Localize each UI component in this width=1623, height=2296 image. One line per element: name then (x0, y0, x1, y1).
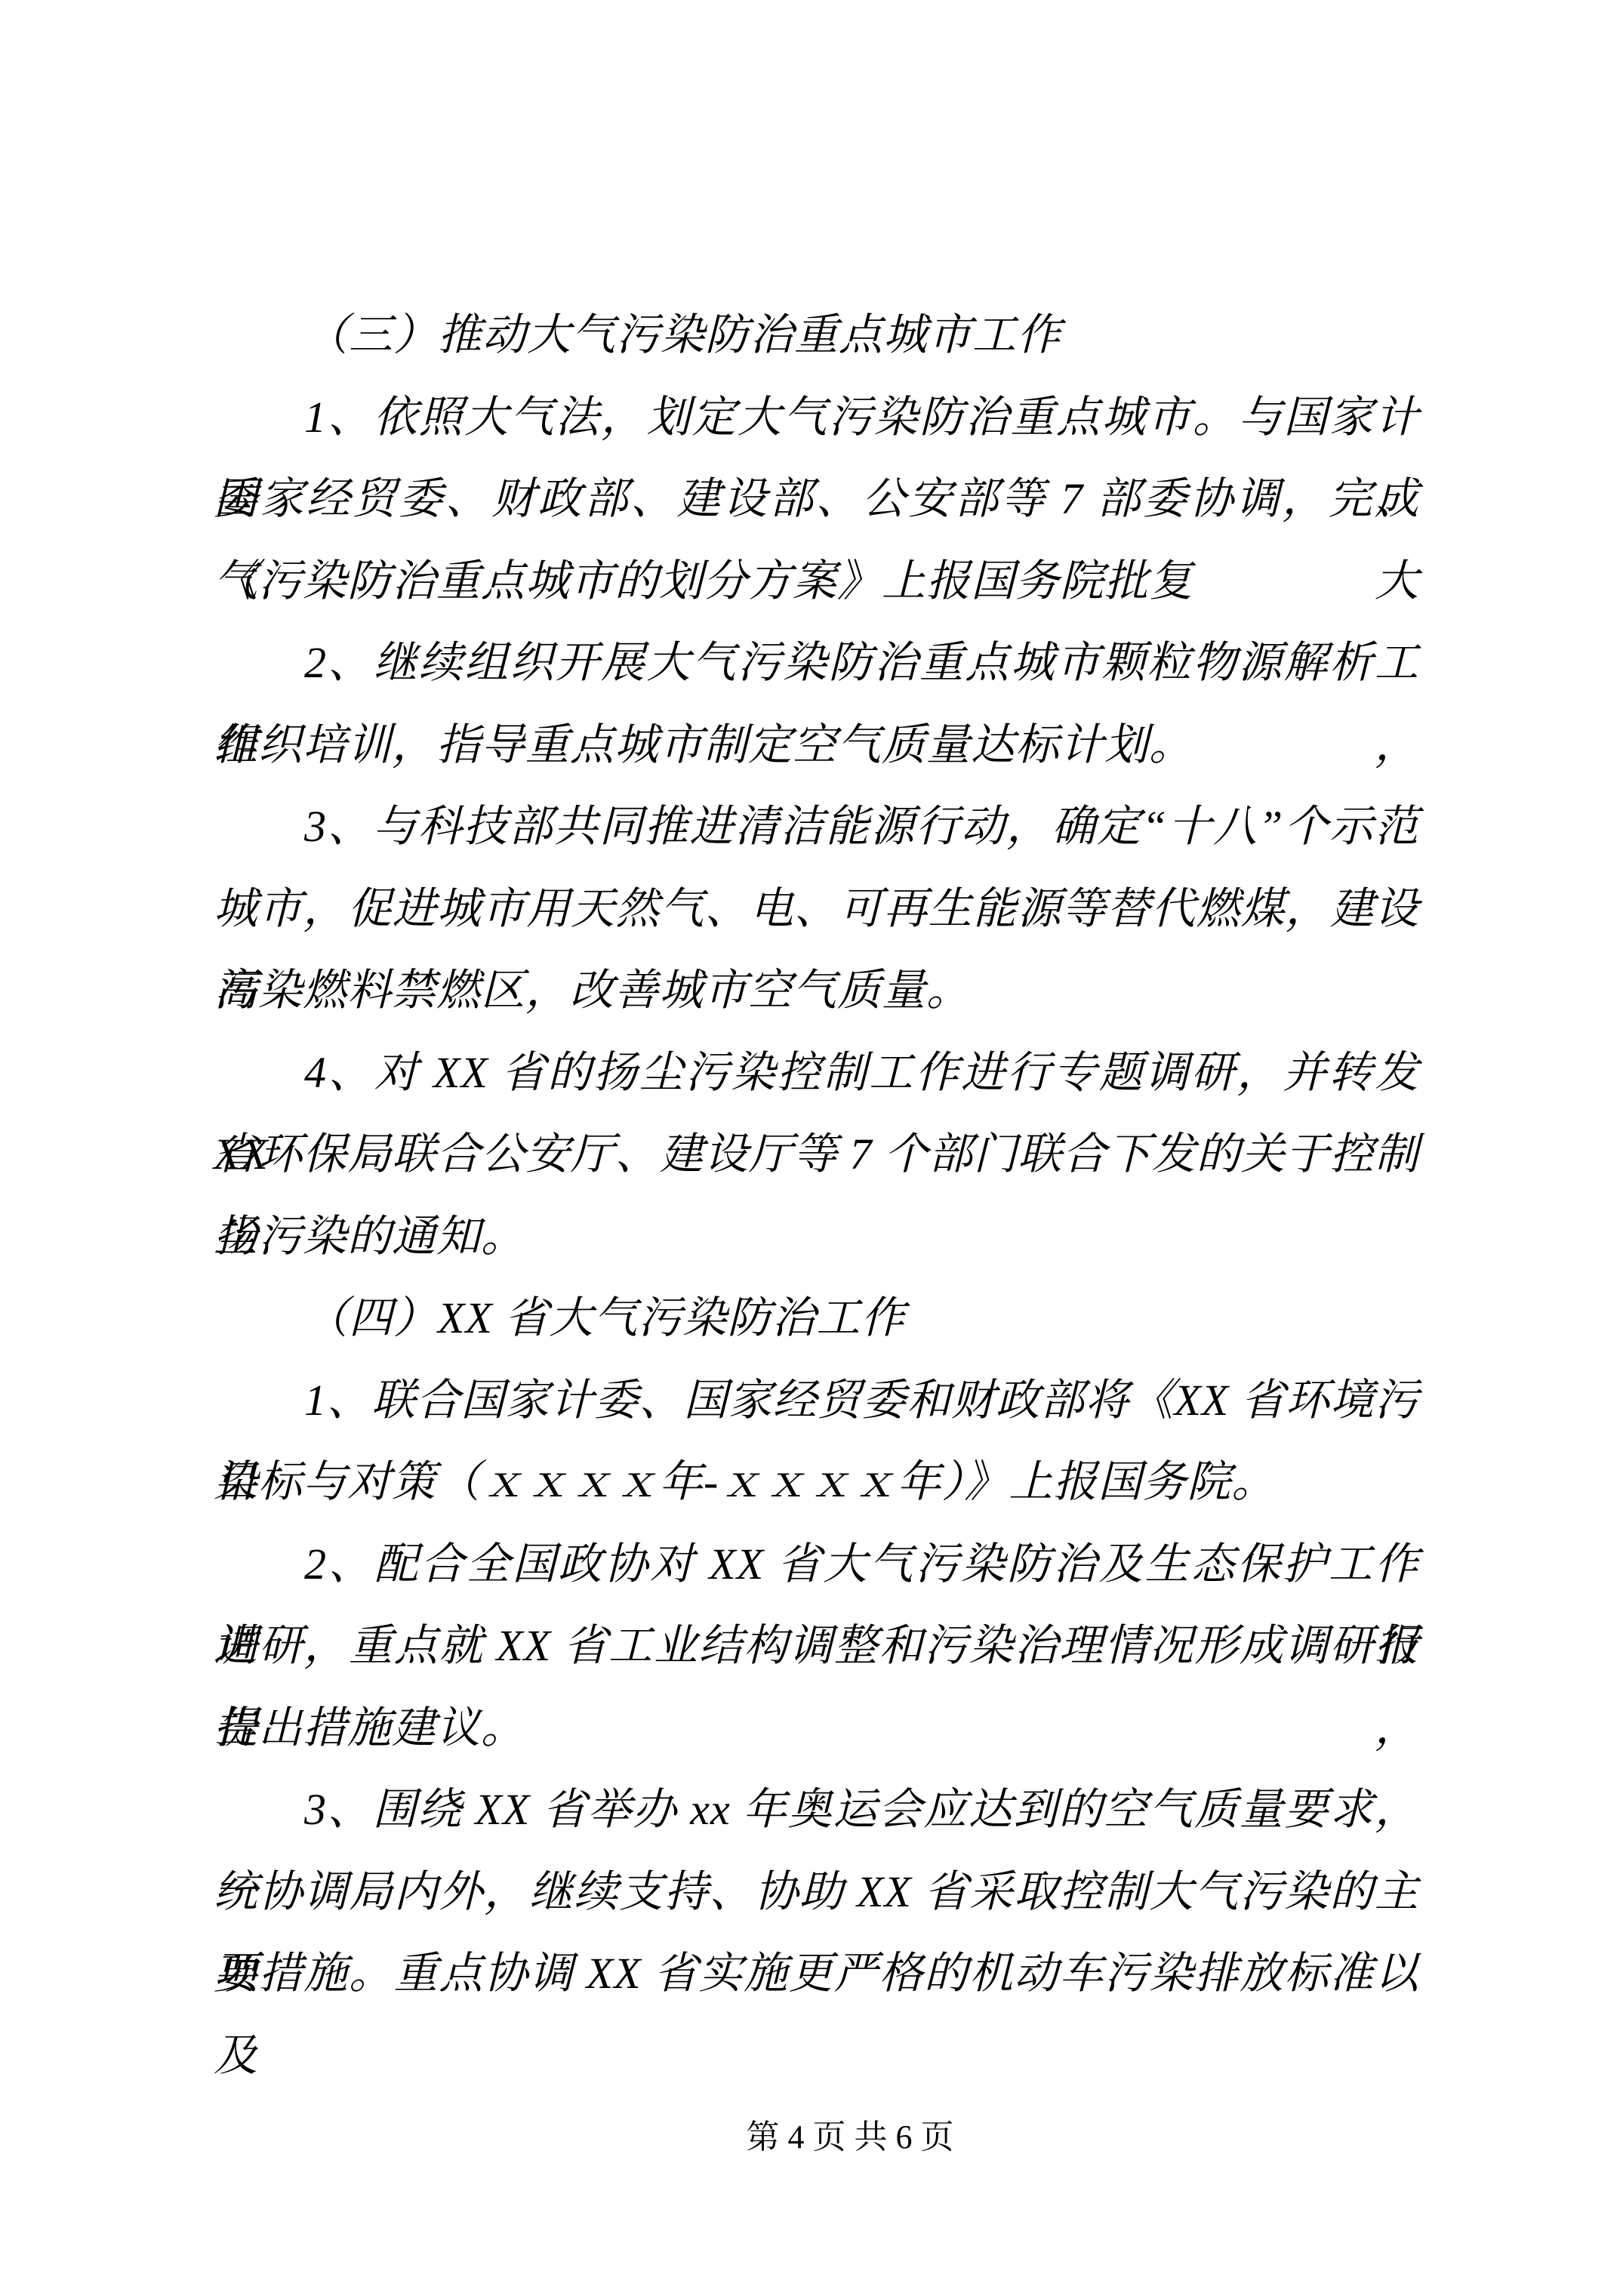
text-line: 调研，重点就 XX 省工业结构调整和污染治理情况形成调研报告， (214, 1605, 1419, 1687)
text-line: 3、与科技部共同推进清洁能源行动，确定“十八”个示范 (214, 786, 1419, 868)
text-line: 污染燃料禁燃区，改善城市空气质量。 (214, 950, 1419, 1032)
text-line: 目标与对策（ｘｘｘｘ年-ｘｘｘｘ年）》上报国务院。 (214, 1441, 1419, 1524)
page-footer: 第 4 页 共 6 页 (77, 2121, 1623, 2154)
text-line: 项措施。重点协调 XX 省实施更严格的机动车污染排放标准以及 (214, 1933, 1419, 2015)
page-body: （三）推动大气污染防治重点城市工作 1、依照大气法，划定大气污染防治重点城市。与… (214, 294, 1419, 2015)
text-line: 2、配合全国政协对 XX 省大气污染防治及生态保护工作进行 (214, 1524, 1419, 1606)
text-line: 1、依照大气法，划定大气污染防治重点城市。与国家计委、 (214, 377, 1419, 459)
text-line: 城市，促进城市用天然气、电、可再生能源等替代燃煤，建设高 (214, 868, 1419, 951)
text-line: 1、联合国家计委、国家经贸委和财政部将《XX 省环境污染 (214, 1360, 1419, 1442)
text-line: 国家经贸委、财政部、建设部、公安部等 7 部委协调，完成《大 (214, 458, 1419, 541)
text-line: （三）推动大气污染防治重点城市工作 (214, 294, 1419, 377)
text-line: 2、继续组织开展大气污染防治重点城市颗粒物源解析工作， (214, 622, 1419, 704)
text-line: 尘污染的通知。 (214, 1196, 1419, 1278)
text-line: （四）XX 省大气污染防治工作 (214, 1277, 1419, 1360)
text-line: 3、围绕 XX 省举办 xx 年奥运会应达到的空气质量要求，统 (214, 1769, 1419, 1851)
page-number-label: 第 4 页 共 6 页 (747, 2119, 954, 2156)
text-line: 4、对 XX 省的扬尘污染控制工作进行专题调研，并转发 XX (214, 1032, 1419, 1114)
text-line: 省环保局联合公安厅、建设厅等 7 个部门联合下发的关于控制扬 (214, 1114, 1419, 1196)
document-page: （三）推动大气污染防治重点城市工作 1、依照大气法，划定大气污染防治重点城市。与… (0, 0, 1623, 2296)
text-line: 一协调局内外，继续支持、协助 XX 省采取控制大气污染的主要 (214, 1851, 1419, 1934)
